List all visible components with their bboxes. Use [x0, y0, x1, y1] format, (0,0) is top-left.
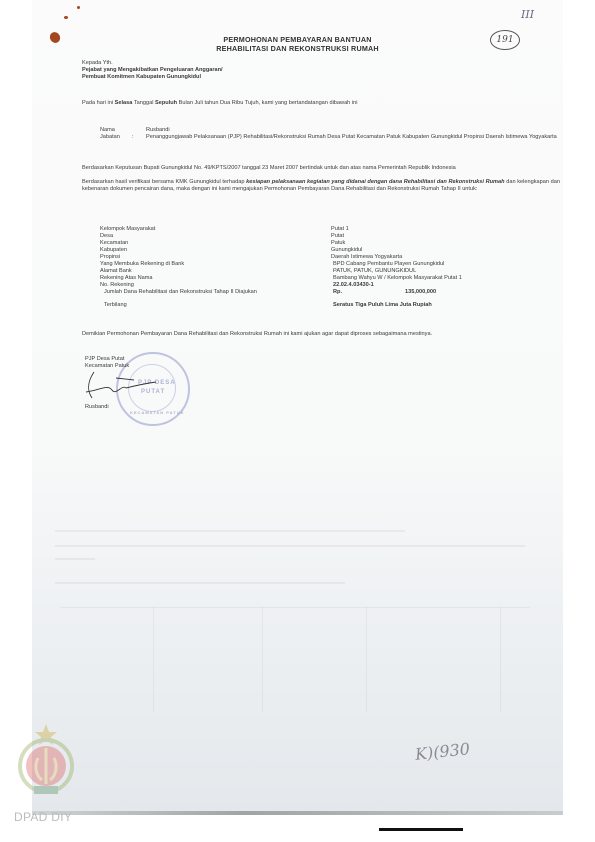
detail-value: Gunungkidul	[331, 247, 362, 254]
document-page	[32, 0, 563, 815]
bleed-through-line	[500, 607, 501, 712]
detail-label: Terbilang	[104, 302, 127, 309]
detail-label: Yang Membuka Rekening di Bank	[100, 261, 184, 268]
ink-stain	[64, 16, 68, 19]
detail-label: Kabupaten	[100, 247, 127, 254]
basis-paragraph-2: Berdasarkan hasil verifikasi bersama KMK…	[82, 179, 560, 193]
amount-currency: Rp.	[333, 289, 342, 296]
dpad-watermark: DPAD DIY	[14, 810, 72, 824]
signature-title-line2: Kecamatan Patuk	[85, 363, 129, 370]
handwritten-tally: III	[521, 8, 534, 21]
detail-value: Bambang Wahyu W / Kelompok Masyarakat Pu…	[333, 275, 462, 282]
bleed-through-line	[60, 607, 530, 608]
addressee-line1: Pejabat yang Mengakibatkan Pengeluaran A…	[82, 67, 223, 74]
dpad-logo-icon	[16, 722, 76, 800]
ink-stain	[77, 6, 80, 9]
detail-value: Putat 1	[331, 226, 349, 233]
detail-value: 22.02.4.03430-1	[333, 282, 374, 289]
closing-paragraph: Demikian Permohonan Pembayaran Dana Reha…	[82, 331, 558, 338]
detail-label: Rekening Atas Nama	[100, 275, 153, 282]
position-label: Jabatan	[100, 134, 120, 141]
detail-value: Daerah Istimewa Yogyakarta	[331, 254, 402, 261]
bleed-through-line	[55, 582, 345, 584]
detail-label: Jumlah Dana Rehabilitasi dan Rekonstruks…	[104, 289, 257, 296]
signature-scribble	[82, 370, 162, 400]
position-separator: :	[132, 134, 134, 141]
footer-bar	[379, 828, 463, 831]
detail-value: Putat	[331, 233, 344, 240]
opening-sentence: Pada hari ini Selasa Tanggal Sepuluh Bul…	[82, 100, 357, 107]
basis-paragraph-1: Berdasarkan Keputusan Bupati Gunungkidul…	[82, 165, 467, 172]
position-value: Penanggungjawab Pelaksanaan (PJP) Rehabi…	[146, 134, 558, 141]
name-label: Nama	[100, 127, 115, 134]
detail-label: Desa	[100, 233, 113, 240]
detail-label: Kelompok Masyarakat	[100, 226, 155, 233]
detail-label: Kecamatan	[100, 240, 128, 247]
salutation: Kepada Yth.	[82, 60, 113, 67]
detail-value: Patuk	[331, 240, 345, 247]
bleed-through-line	[55, 558, 95, 560]
bleed-through-line	[55, 545, 525, 547]
stamp-ring-text: KECAMATAN PATUK	[130, 410, 184, 415]
detail-value: PATUK, PATUK, GUNUNGKIDUL	[333, 268, 416, 275]
bleed-through-line	[366, 607, 367, 712]
bleed-through-line	[153, 607, 154, 712]
detail-value: BPD Cabang Pembantu Playen Gunungkidul	[333, 261, 444, 268]
detail-label: Alamat Bank	[100, 268, 132, 275]
detail-label: Propinsi	[100, 254, 120, 261]
signature-name: Rusbandi	[85, 404, 109, 411]
bleed-through-line	[262, 607, 263, 712]
detail-value: Seratus Tiga Puluh Lima Juta Rupiah	[333, 302, 432, 309]
name-value: Rusbandi	[146, 127, 170, 134]
signature-title-line1: PJP Desa Putat	[85, 356, 124, 363]
document-title-line2: REHABILITASI DAN REKONSTRUKSI RUMAH	[0, 44, 595, 53]
document-title-line1: PERMOHONAN PEMBAYARAN BANTUAN	[0, 35, 595, 44]
bleed-through-line	[55, 530, 405, 532]
amount-value: 135,000,000	[405, 289, 436, 296]
addressee-line2: Pembuat Komitmen Kabupaten Gunungkidul	[82, 74, 201, 81]
detail-label: No. Rekening	[100, 282, 134, 289]
